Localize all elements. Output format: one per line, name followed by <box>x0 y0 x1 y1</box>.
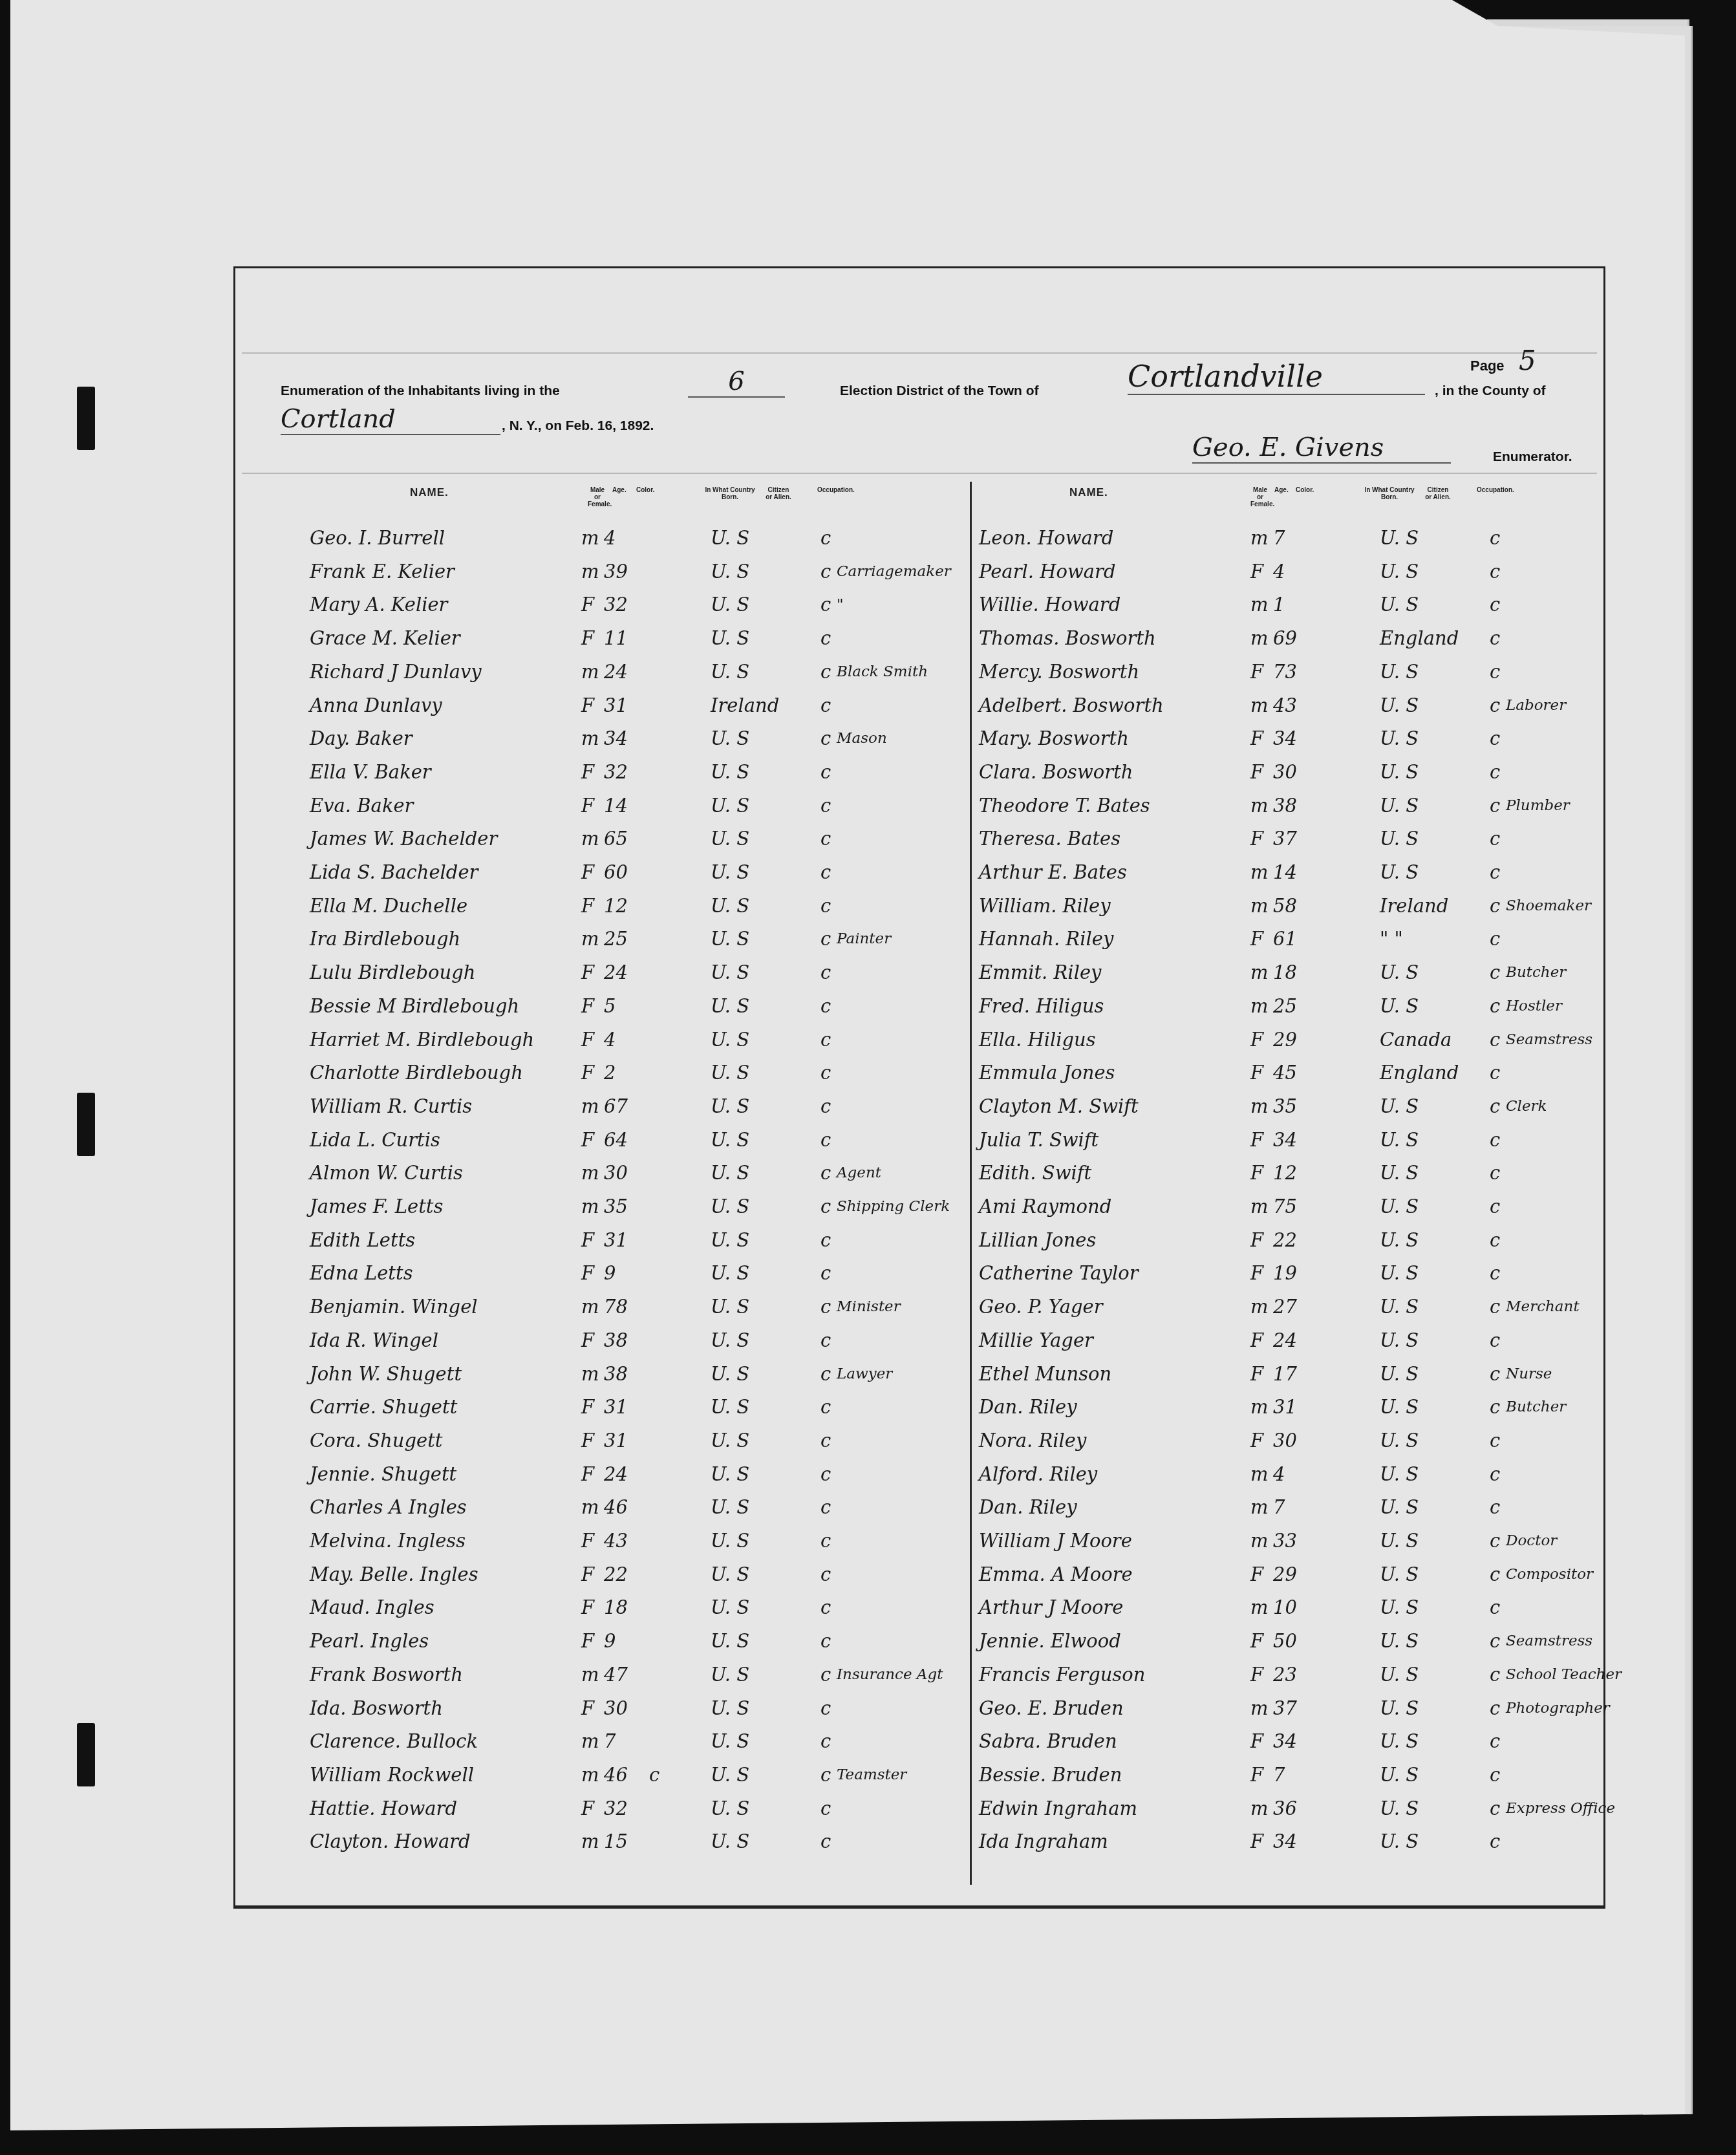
person-name: Theresa. Bates <box>979 828 1120 850</box>
country-born: U. S <box>711 1029 749 1051</box>
age-value: 34 <box>1273 727 1297 749</box>
citizen-status: c <box>1490 1262 1500 1284</box>
sex-value: m <box>581 828 599 850</box>
sex-value: F <box>581 995 594 1017</box>
age-value: 24 <box>604 661 628 683</box>
person-name: William. Riley <box>979 895 1111 917</box>
census-entry-row: William Rockwellm46cU. ScTeamster <box>310 1764 956 1797</box>
country-born: U. S <box>1380 1630 1419 1652</box>
col-name: NAME. <box>410 487 449 499</box>
person-name: William Rockwell <box>310 1764 474 1786</box>
country-born: U. S <box>1380 1195 1419 1217</box>
person-name: Mary. Bosworth <box>979 727 1129 749</box>
citizen-status: c <box>1490 1764 1500 1786</box>
occupation: Painter <box>837 930 891 947</box>
age-value: 30 <box>1273 761 1297 783</box>
sex-value: F <box>581 627 594 649</box>
person-name: Edith. Swift <box>979 1162 1091 1184</box>
country-born: U. S <box>1380 1797 1419 1819</box>
country-born: U. S <box>711 1095 749 1117</box>
sex-value: F <box>581 1630 594 1652</box>
person-name: Arthur E. Bates <box>979 861 1127 883</box>
person-name: Emma. A Moore <box>979 1563 1133 1585</box>
occupation: Express Office <box>1506 1800 1615 1817</box>
col-citizen: Citizen or Alien. <box>766 487 791 501</box>
citizen-status: c <box>1490 895 1500 917</box>
age-value: 36 <box>1273 1797 1297 1819</box>
census-entry-row: Frank E. Kelierm39U. ScCarriagemaker <box>310 561 956 594</box>
citizen-status: c <box>1490 861 1500 883</box>
sex-value: m <box>581 1830 599 1852</box>
age-value: 15 <box>604 1830 628 1852</box>
person-name: Lida S. Bachelder <box>310 861 478 883</box>
age-value: 7 <box>1273 1764 1285 1786</box>
person-name: Hattie. Howard <box>310 1797 457 1819</box>
country-born: U. S <box>711 561 749 583</box>
sex-value: F <box>581 1596 594 1618</box>
country-born: U. S <box>1380 1396 1419 1418</box>
col-occupation: Occupation. <box>1477 487 1514 494</box>
citizen-status: c <box>820 995 831 1017</box>
citizen-status: c <box>820 727 831 749</box>
occupation: Shipping Clerk <box>837 1198 950 1215</box>
citizen-status: c <box>820 1530 831 1552</box>
country-born: Ireland <box>711 694 779 716</box>
person-name: Geo. I. Burrell <box>310 527 445 549</box>
sex-value: m <box>1250 1095 1269 1117</box>
sex-value: F <box>581 1262 594 1284</box>
census-entry-row: Ella V. BakerF32U. Sc <box>310 761 956 795</box>
census-entry-row: James F. Lettsm35U. ScShipping Clerk <box>310 1195 956 1229</box>
census-entry-row: Theodore T. Batesm38U. ScPlumber <box>979 795 1625 828</box>
citizen-status: c <box>1490 1596 1500 1618</box>
country-born: U. S <box>711 995 749 1017</box>
occupation: Nurse <box>1506 1366 1552 1382</box>
census-entry-row: Catherine TaylorF19U. Sc <box>979 1262 1625 1296</box>
sex-value: m <box>581 1296 599 1318</box>
country-born: U. S <box>1380 661 1419 683</box>
age-value: 45 <box>1273 1062 1297 1084</box>
census-entry-row: Adelbert. Bosworthm43U. ScLaborer <box>979 694 1625 728</box>
citizen-status: c <box>820 561 831 583</box>
country-born: U. S <box>1380 1830 1419 1852</box>
sex-value: m <box>581 561 599 583</box>
header-line1-prefix: Enumeration of the Inhabitants living in… <box>281 383 560 399</box>
age-value: 29 <box>1273 1563 1297 1585</box>
person-name: Ella. Hiligus <box>979 1029 1096 1051</box>
citizen-status: c <box>1490 1229 1500 1251</box>
census-entry-row: Emmit. Rileym18U. ScButcher <box>979 961 1625 995</box>
sex-value: F <box>581 1797 594 1819</box>
sex-value: m <box>581 928 599 950</box>
person-name: Mercy. Bosworth <box>979 661 1139 683</box>
age-value: 25 <box>1273 995 1297 1017</box>
sex-value: m <box>581 727 599 749</box>
census-entry-row: Jennie. ShugettF24U. Sc <box>310 1463 956 1497</box>
sex-value: m <box>1250 594 1269 616</box>
sex-value: F <box>581 795 594 817</box>
citizen-status: c <box>1490 1797 1500 1819</box>
age-value: 31 <box>604 694 628 716</box>
occupation: Carriagemaker <box>837 563 951 580</box>
age-value: 9 <box>604 1630 616 1652</box>
person-name: Emmula Jones <box>979 1062 1115 1084</box>
sex-value: F <box>581 1062 594 1084</box>
sex-value: F <box>1250 1262 1263 1284</box>
country-born: U. S <box>1380 1764 1419 1786</box>
sex-value: m <box>1250 961 1269 983</box>
age-value: 65 <box>604 828 628 850</box>
country-born: U. S <box>711 1764 749 1786</box>
country-born: U. S <box>1380 1329 1419 1351</box>
citizen-status: c <box>1490 661 1500 683</box>
col-sex: Male or Female. <box>1250 487 1270 508</box>
citizen-status: c <box>820 594 831 616</box>
country-born: U. S <box>711 1830 749 1852</box>
occupation: Seamstress <box>1506 1031 1592 1048</box>
person-name: Fred. Hiligus <box>979 995 1104 1017</box>
citizen-status: c <box>1490 727 1500 749</box>
citizen-status: c <box>820 961 831 983</box>
country-born: U. S <box>711 795 749 817</box>
person-name: Catherine Taylor <box>979 1262 1139 1284</box>
occupation: School Teacher <box>1506 1666 1622 1683</box>
citizen-status: c <box>1490 928 1500 950</box>
country-born: U. S <box>711 1496 749 1518</box>
country-born: U. S <box>1380 594 1419 616</box>
census-entry-row: Lillian JonesF22U. Sc <box>979 1229 1625 1263</box>
citizen-status: c <box>1490 1730 1500 1752</box>
person-name: Clarence. Bullock <box>310 1730 478 1752</box>
age-value: 38 <box>1273 795 1297 817</box>
age-value: 23 <box>1273 1664 1297 1686</box>
person-name: Adelbert. Bosworth <box>979 694 1164 716</box>
age-value: 30 <box>604 1162 628 1184</box>
country-born: U. S <box>1380 1596 1419 1618</box>
person-name: Ida Ingraham <box>979 1830 1108 1852</box>
age-value: 18 <box>1273 961 1297 983</box>
sex-value: m <box>1250 1195 1269 1217</box>
age-value: 22 <box>1273 1229 1297 1251</box>
occupation: Merchant <box>1506 1298 1580 1315</box>
occupation: Hostler <box>1506 998 1562 1014</box>
citizen-status: c <box>820 861 831 883</box>
age-value: 9 <box>604 1262 616 1284</box>
census-entry-row: Clayton. Howardm15U. Sc <box>310 1830 956 1864</box>
age-value: 24 <box>604 1463 628 1485</box>
census-entry-row: Carrie. ShugettF31U. Sc <box>310 1396 956 1430</box>
age-value: 2 <box>604 1062 616 1084</box>
sex-value: F <box>1250 1830 1263 1852</box>
sex-value: m <box>1250 1296 1269 1318</box>
citizen-status: c <box>1490 1129 1500 1151</box>
sex-value: m <box>1250 1463 1269 1485</box>
country-born: U. S <box>1380 1530 1419 1552</box>
census-entry-row: Alford. Rileym4U. Sc <box>979 1463 1625 1497</box>
census-entry-row: Edith LettsF31U. Sc <box>310 1229 956 1263</box>
person-name: Clayton M. Swift <box>979 1095 1139 1117</box>
person-name: Edwin Ingraham <box>979 1797 1137 1819</box>
census-entry-row: Emma. A MooreF29U. ScCompositor <box>979 1563 1625 1597</box>
binder-hole <box>77 387 95 450</box>
citizen-status: c <box>1490 1062 1500 1084</box>
person-name: Pearl. Ingles <box>310 1630 429 1652</box>
age-value: 24 <box>604 961 628 983</box>
sex-value: F <box>1250 1430 1263 1452</box>
citizen-status: c <box>820 895 831 917</box>
citizen-status: c <box>820 828 831 850</box>
age-value: 60 <box>604 861 628 883</box>
person-name: Hannah. Riley <box>979 928 1113 950</box>
census-entry-row: Charles A Inglesm46U. Sc <box>310 1496 956 1530</box>
age-value: 32 <box>604 761 628 783</box>
person-name: Millie Yager <box>979 1329 1093 1351</box>
census-entry-row: Clarence. Bullockm7U. Sc <box>310 1730 956 1764</box>
sex-value: m <box>1250 627 1269 649</box>
age-value: 12 <box>604 895 628 917</box>
person-name: Julia T. Swift <box>979 1129 1098 1151</box>
occupation: Lawyer <box>837 1366 892 1382</box>
person-name: Lida L. Curtis <box>310 1129 440 1151</box>
age-value: 17 <box>1273 1363 1297 1385</box>
citizen-status: c <box>820 1830 831 1852</box>
person-name: Harriet M. Birdlebough <box>310 1029 534 1051</box>
country-born: U. S <box>711 1262 749 1284</box>
person-name: John W. Shugett <box>310 1363 462 1385</box>
column-divider <box>970 482 972 1885</box>
census-entry-row: Julia T. SwiftF34U. Sc <box>979 1129 1625 1163</box>
sex-value: F <box>581 895 594 917</box>
census-entry-row: Edna LettsF9U. Sc <box>310 1262 956 1296</box>
age-value: 14 <box>604 795 628 817</box>
age-value: 30 <box>604 1697 628 1719</box>
citizen-status: c <box>820 1329 831 1351</box>
age-value: 31 <box>604 1430 628 1452</box>
occupation: Seamstress <box>1506 1633 1592 1649</box>
citizen-status: c <box>820 1229 831 1251</box>
sex-value: m <box>1250 1797 1269 1819</box>
census-entry-row: Richard J Dunlavym24U. ScBlack Smith <box>310 661 956 694</box>
age-value: 39 <box>604 561 628 583</box>
census-entry-row: Ella M. DuchelleF12U. Sc <box>310 895 956 928</box>
citizen-status: c <box>820 1029 831 1051</box>
country-born: U. S <box>1380 1363 1419 1385</box>
age-value: 33 <box>1273 1530 1297 1552</box>
age-value: 43 <box>1273 694 1297 716</box>
citizen-status: c <box>820 1596 831 1618</box>
census-entry-row: May. Belle. InglesF22U. Sc <box>310 1563 956 1597</box>
sex-value: F <box>1250 1062 1263 1084</box>
country-born: U. S <box>1380 1563 1419 1585</box>
header-line1-suffix: , in the County of <box>1435 383 1545 399</box>
sex-value: m <box>581 1664 599 1686</box>
sex-value: F <box>1250 828 1263 850</box>
person-name: Geo. E. Bruden <box>979 1697 1124 1719</box>
citizen-status: c <box>1490 1664 1500 1686</box>
country-born: U. S <box>711 1162 749 1184</box>
person-name: Clayton. Howard <box>310 1830 471 1852</box>
census-entry-row: Pearl. InglesF9U. Sc <box>310 1630 956 1664</box>
country-born: U. S <box>711 1396 749 1418</box>
citizen-status: c <box>1490 594 1500 616</box>
citizen-status: c <box>820 627 831 649</box>
census-entry-row: Charlotte BirdleboughF2U. Sc <box>310 1062 956 1095</box>
sex-value: F <box>581 1430 594 1452</box>
citizen-status: c <box>820 1764 831 1786</box>
age-value: 22 <box>604 1563 628 1585</box>
age-value: 61 <box>1273 928 1297 950</box>
sex-value: m <box>1250 895 1269 917</box>
person-name: James F. Letts <box>310 1195 443 1217</box>
col-color: Color. <box>1296 487 1314 494</box>
census-page: Page 5 Enumeration of the Inhabitants li… <box>10 0 1685 2130</box>
citizen-status: c <box>820 1162 831 1184</box>
page-number: 5 <box>1519 345 1536 376</box>
person-name: Jennie. Shugett <box>310 1463 456 1485</box>
age-value: 78 <box>604 1296 628 1318</box>
age-value: 18 <box>604 1596 628 1618</box>
country-born: U. S <box>1380 828 1419 850</box>
citizen-status: c <box>820 1730 831 1752</box>
sex-value: F <box>1250 1730 1263 1752</box>
age-value: 35 <box>1273 1095 1297 1117</box>
person-name: Lillian Jones <box>979 1229 1096 1251</box>
country-born: England <box>1380 1062 1459 1084</box>
census-entry-row: Harriet M. BirdleboughF4U. Sc <box>310 1029 956 1062</box>
citizen-status: c <box>1490 1396 1500 1418</box>
country-born: U. S <box>711 661 749 683</box>
age-value: 37 <box>1273 1697 1297 1719</box>
census-entry-row: Thomas. Bosworthm69Englandc <box>979 627 1625 661</box>
age-value: 12 <box>1273 1162 1297 1184</box>
sex-value: F <box>581 761 594 783</box>
sex-value: m <box>581 1363 599 1385</box>
citizen-status: c <box>820 1363 831 1385</box>
occupation: Shoemaker <box>1506 897 1591 914</box>
country-born: U. S <box>711 1062 749 1084</box>
sex-value: F <box>1250 1563 1263 1585</box>
sex-value: F <box>1250 1363 1263 1385</box>
census-entry-row: Fred. Hiligusm25U. ScHostler <box>979 995 1625 1029</box>
citizen-status: c <box>1490 627 1500 649</box>
citizen-status: c <box>1490 795 1500 817</box>
country-born: U. S <box>1380 694 1419 716</box>
person-name: Geo. P. Yager <box>979 1296 1103 1318</box>
age-value: 24 <box>1273 1329 1297 1351</box>
age-value: 31 <box>604 1229 628 1251</box>
person-name: Ella M. Duchelle <box>310 895 467 917</box>
census-entry-row: Edith. SwiftF12U. Sc <box>979 1162 1625 1195</box>
age-value: 4 <box>1273 1463 1285 1485</box>
country-born: U. S <box>711 1596 749 1618</box>
citizen-status: c <box>820 928 831 950</box>
country-born: U. S <box>1380 1229 1419 1251</box>
person-name: Ida R. Wingel <box>310 1329 438 1351</box>
occupation: Butcher <box>1506 964 1566 981</box>
age-value: 46 <box>604 1764 628 1786</box>
sex-value: F <box>581 1563 594 1585</box>
person-name: Thomas. Bosworth <box>979 627 1156 649</box>
country-born: U. S <box>1380 1095 1419 1117</box>
sex-value: m <box>1250 861 1269 883</box>
country-born: U. S <box>711 627 749 649</box>
citizen-status: c <box>1490 1296 1500 1318</box>
person-name: Carrie. Shugett <box>310 1396 457 1418</box>
age-value: 50 <box>1273 1630 1297 1652</box>
citizen-status: c <box>1490 1530 1500 1552</box>
country-born: U. S <box>711 1129 749 1151</box>
census-entry-row: Grace M. KelierF11U. Sc <box>310 627 956 661</box>
sex-value: F <box>1250 1764 1263 1786</box>
country-born: U. S <box>711 594 749 616</box>
country-born: " " <box>1380 928 1403 950</box>
age-value: 34 <box>1273 1830 1297 1852</box>
person-name: Grace M. Kelier <box>310 627 460 649</box>
person-name: Frank E. Kelier <box>310 561 455 583</box>
age-value: 34 <box>1273 1730 1297 1752</box>
country-born: U. S <box>711 1664 749 1686</box>
enumerator-label: Enumerator. <box>1493 449 1572 465</box>
col-sex: Male or Female. <box>588 487 607 508</box>
sex-value: F <box>1250 661 1263 683</box>
census-entry-row: Lulu BirdleboughF24U. Sc <box>310 961 956 995</box>
age-value: 4 <box>604 1029 616 1051</box>
sex-value: m <box>1250 995 1269 1017</box>
person-name: Charlotte Birdlebough <box>310 1062 523 1084</box>
age-value: 37 <box>1273 828 1297 850</box>
country-born: U. S <box>711 1630 749 1652</box>
census-entry-row: Clayton M. Swiftm35U. ScClerk <box>979 1095 1625 1129</box>
country-born: U. S <box>1380 1296 1419 1318</box>
col-age: Age. <box>1274 487 1289 494</box>
citizen-status: c <box>820 1664 831 1686</box>
citizen-status: c <box>820 1095 831 1117</box>
occupation: Laborer <box>1506 697 1566 714</box>
sex-value: F <box>581 1229 594 1251</box>
census-entry-row: Hattie. HowardF32U. Sc <box>310 1797 956 1831</box>
sex-value: F <box>1250 928 1263 950</box>
sex-value: F <box>1250 1229 1263 1251</box>
census-entry-row: Ira Birdleboughm25U. ScPainter <box>310 928 956 961</box>
citizen-status: c <box>820 1563 831 1585</box>
sex-value: F <box>1250 1162 1263 1184</box>
citizen-status: c <box>820 1463 831 1485</box>
citizen-status: c <box>1490 1162 1500 1184</box>
census-entry-row: Arthur J Moorem10U. Sc <box>979 1596 1625 1630</box>
sex-value: m <box>581 527 599 549</box>
occupation: Clerk <box>1506 1098 1547 1115</box>
person-name: Emmit. Riley <box>979 961 1101 983</box>
person-name: Alford. Riley <box>979 1463 1097 1485</box>
age-value: 4 <box>1273 561 1285 583</box>
person-name: Nora. Riley <box>979 1430 1086 1452</box>
person-name: Frank Bosworth <box>310 1664 463 1686</box>
census-entry-row: Melvina. InglessF43U. Sc <box>310 1530 956 1563</box>
age-value: 19 <box>1273 1262 1297 1284</box>
age-value: 7 <box>1273 527 1285 549</box>
occupation: Black Smith <box>837 663 928 680</box>
census-entry-row: James W. Bachelderm65U. Sc <box>310 828 956 861</box>
person-name: James W. Bachelder <box>310 828 497 850</box>
sex-value: m <box>581 661 599 683</box>
country-born: U. S <box>711 1697 749 1719</box>
census-entry-row: Leon. Howardm7U. Sc <box>979 527 1625 561</box>
col-country: In What Country Born. <box>701 487 759 501</box>
census-entry-row: Nora. RileyF30U. Sc <box>979 1430 1625 1463</box>
country-born: Canada <box>1380 1029 1452 1051</box>
person-name: Anna Dunlavy <box>310 694 442 716</box>
person-name: Pearl. Howard <box>979 561 1116 583</box>
